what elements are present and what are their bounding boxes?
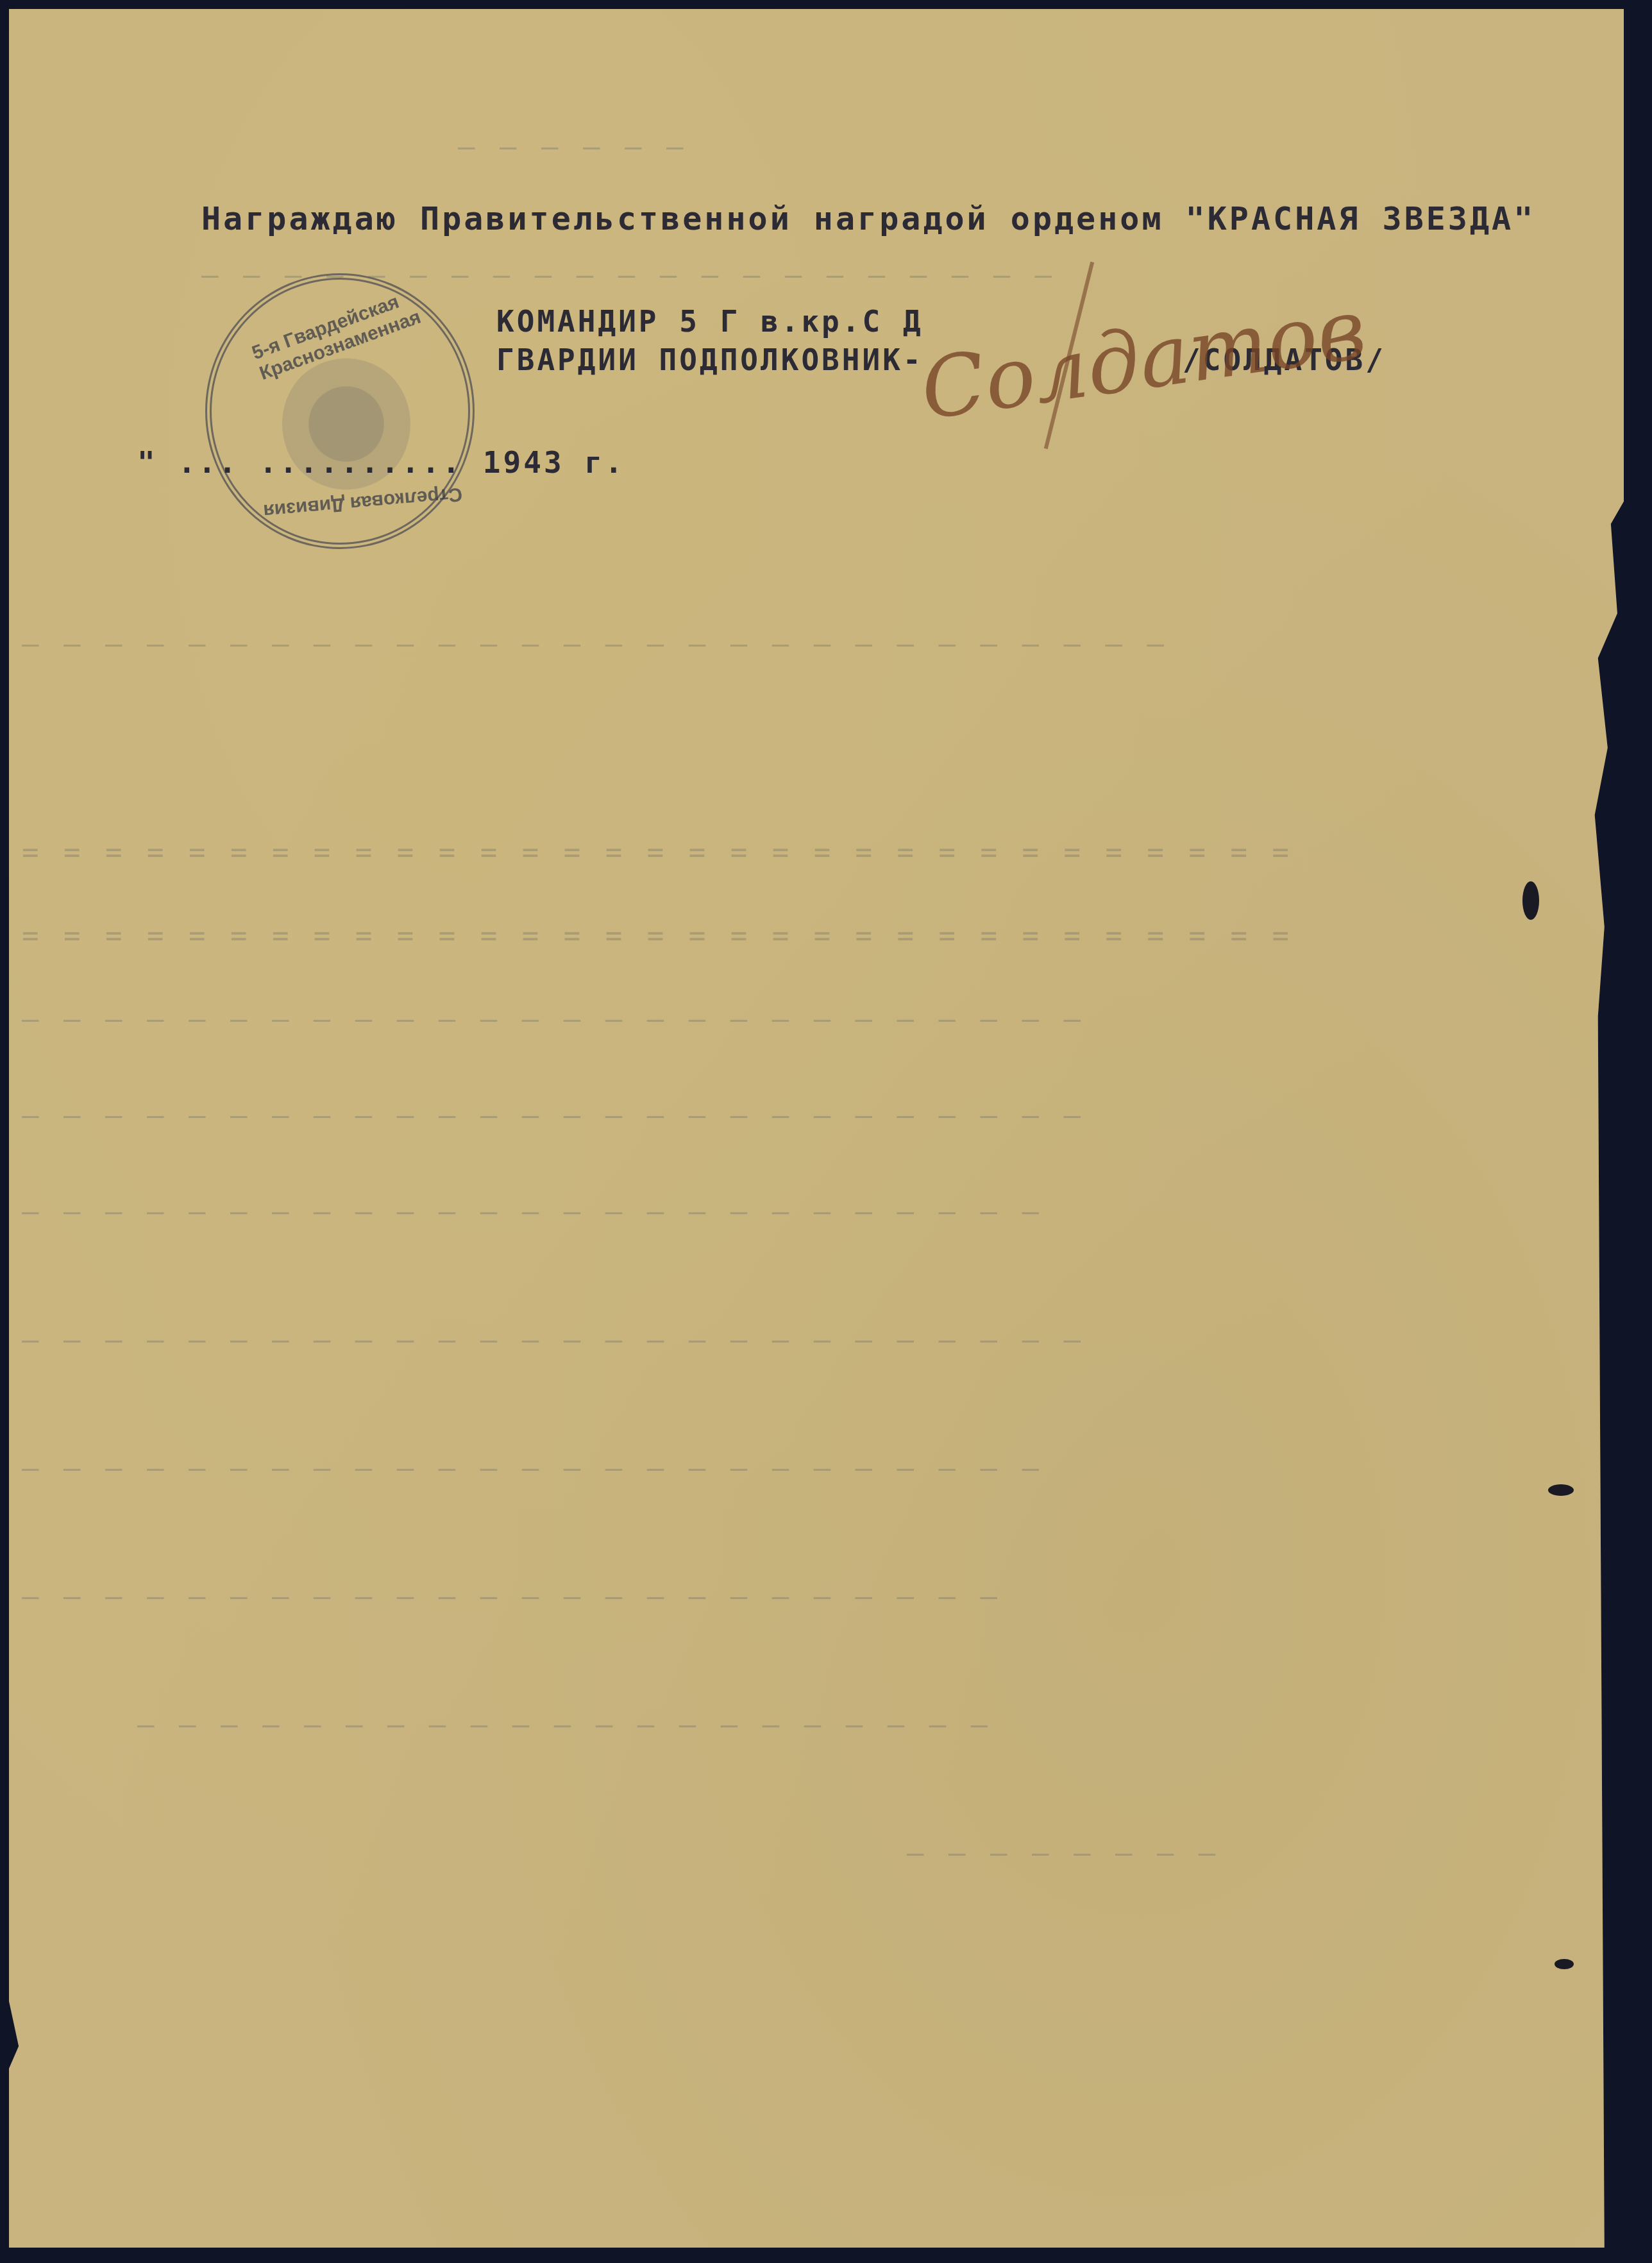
bleed-through-text: — — — — — — — — — — — — — — — — — — — — … xyxy=(22,1324,1084,1357)
document-sheet: — — — — — — — — — — — — — — — — — — — — … xyxy=(9,9,1624,2248)
bleed-through-text: — — — — — — — — — — — — — — — — — — — — … xyxy=(22,1003,1084,1036)
bleed-through-text: — — — — — — — — xyxy=(907,1837,1219,1870)
paper-hole xyxy=(1548,1484,1574,1496)
bleed-through-text: = = = = = = = = = = = = = = = = = = = = … xyxy=(22,920,1293,953)
bleed-through-text: = = = = = = = = = = = = = = = = = = = = … xyxy=(22,836,1293,869)
bleed-through-text: — — — — — — xyxy=(458,131,687,164)
bleed-through-text: — — — — — — — — — — — — — — — — — — — — … xyxy=(22,1196,1043,1228)
commander-rank: ГВАРДИИ ПОДПОЛКОВНИК- xyxy=(496,343,923,377)
commander-title: КОМАНДИР 5 Г в.кр.С Д xyxy=(496,304,923,339)
bleed-through-text: — — — — — — — — — — — — — — — — — — — — … xyxy=(22,628,1168,661)
bleed-through-text: — — — — — — — — — — — — — — — — — — — — … xyxy=(137,1709,991,1742)
bleed-through-text: — — — — — — — — — — — — — — — — — — — — … xyxy=(22,1099,1084,1132)
paper-hole xyxy=(1555,1959,1574,1969)
award-line: Награждаю Правительственной наградой орд… xyxy=(201,200,1535,237)
division-stamp: 5-я Гвардейская Краснознаменная Стрелков… xyxy=(205,273,475,549)
paper-hole xyxy=(1522,881,1539,920)
date-line: " ... .......... 1943 г. xyxy=(137,445,625,480)
bleed-through-text: — — — — — — — — — — — — — — — — — — — — … xyxy=(22,1581,1001,1613)
signature: Солдатов xyxy=(915,280,1372,439)
bleed-through-text: — — — — — — — — — — — — — — — — — — — — … xyxy=(22,1452,1043,1485)
